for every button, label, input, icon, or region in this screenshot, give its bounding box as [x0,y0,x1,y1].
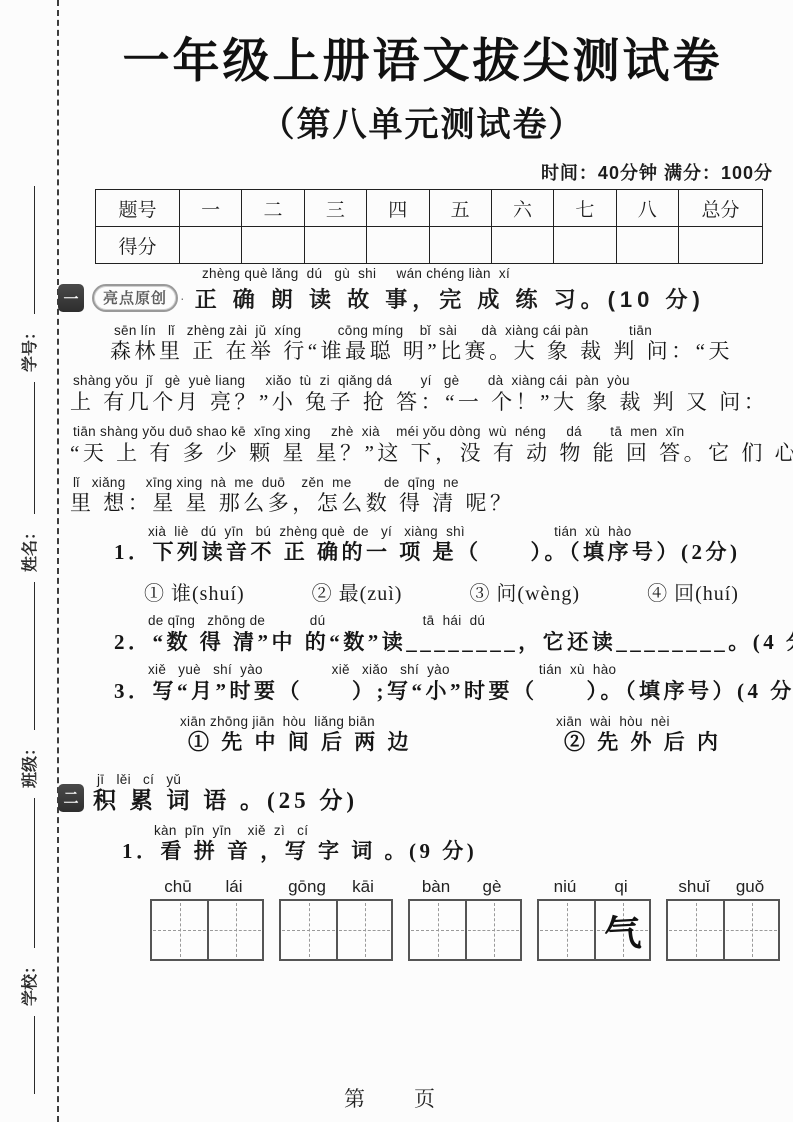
written-character [409,899,467,960]
section2-header: 二 jī lěi cí yǔ 积 累 词 语 。(25 分) [70,772,775,816]
section1-header: 一 亮点原创 · 正 确 朗 读 故 事，完 成 练 习。(10 分) [70,283,775,314]
name-blank-line[interactable] [21,582,35,730]
main-content: 一年级上册语文拔尖测试卷 （第八单元测试卷） 时间：40分钟 满分：100分 题… [70,0,775,961]
score-table-header-row: 题号 一 二 三 四 五 六 七 八 总分 [96,190,763,227]
score-cell[interactable] [304,227,366,264]
question-2: de qīng zhōng de dú tā hái dú 2．“数 得 清”中… [70,613,775,655]
word-grid-group: shuǐ guǒ [666,877,780,961]
question-1-pinyin: xià liè dú yīn bú zhèng què de yí xiàng … [148,524,775,540]
written-character [208,899,264,960]
section2-title-pinyin: jī lěi cí yǔ [97,772,358,788]
score-label-cell: 得分 [96,227,180,264]
score-table-score-row: 得分 [96,227,763,264]
grid-syllable: lái [206,877,262,897]
grid-pinyin-pair: niú qi [537,877,651,897]
story-line-pinyin: lǐ xiǎng xīng xing nà me duō zěn me de q… [73,475,775,491]
section1-title-pinyin: zhèng què lǎng dú gù shi wán chéng liàn … [202,266,775,282]
student-id-blank-line[interactable] [21,382,35,514]
question-3-pinyin: xiě yuè shí yào xiě xiǎo shí yào tián xù… [148,662,775,678]
page-title: 一年级上册语文拔尖测试卷 [70,24,775,91]
header-col-3: 三 [304,190,366,227]
stroke-order-option-1[interactable]: xiān zhōng jiān hòu liǎng biān ① 先 中 间 后… [144,714,412,756]
badge-dot: · [180,290,185,306]
choice-2[interactable]: ② 最(zuì) [312,577,403,606]
writing-cell[interactable] [336,901,391,959]
writing-cell[interactable]: 气 [594,901,649,959]
header-col-7: 七 [554,190,616,227]
story-line: shàng yǒu jǐ gè yuè liang xiǎo tù zi qiǎ… [70,373,775,415]
word-grid-group: chū lái [150,877,264,961]
section2-title: 积 累 词 语 。(25 分) [93,787,358,816]
choice-3[interactable]: ③ 问(wèng) [469,577,580,606]
option-1-pinyin: xiān zhōng jiān hòu liǎng biān [180,714,412,730]
story-line-pinyin: sēn lín lǐ zhèng zài jǔ xíng cōng míng b… [114,323,775,339]
header-question-no: 题号 [96,190,180,227]
grid-syllable: bàn [408,877,464,897]
written-character [151,899,209,960]
page-footer: 第 页 [0,1083,793,1113]
score-cell[interactable] [491,227,553,264]
section2-question-1-text: 1．看 拼 音 ，写 字 词 。(9 分) [122,838,775,864]
header-total: 总分 [679,190,763,227]
grid-syllable: gōng [279,877,335,897]
question-1-choices: ① 谁(shuí) ② 最(zuì) ③ 问(wèng) ④ 回(huí) [144,577,739,606]
story-line: sēn lín lǐ zhèng zài jǔ xíng cōng míng b… [70,323,775,365]
original-highlight-badge: 亮点原创 [92,284,178,312]
section2-question-1: kàn pīn yīn xiě zì cí 1．看 拼 音 ，写 字 词 。(9… [70,823,775,865]
writing-cell[interactable] [539,901,594,959]
story-line: tiān shàng yǒu duō shao kē xīng xing zhè… [70,424,775,466]
word-grid-group: gōng kāi [279,877,393,961]
score-cell[interactable] [554,227,616,264]
header-col-1: 一 [180,190,242,227]
score-cell[interactable] [429,227,491,264]
story-line: lǐ xiǎng xīng xing nà me duō zěn me de q… [70,475,775,517]
stroke-order-option-2[interactable]: xiān wài hòu nèi ② 先 外 后 内 [520,714,722,756]
test-paper-page: 学校： 班级： 姓名： 学号： 一年级上册语文拔尖测试卷 （第八单元测试卷） 时… [0,0,793,1122]
header-col-8: 八 [616,190,678,227]
time-score-meta: 时间：40分钟 满分：100分 [70,159,775,185]
question-2-text: 2．“数 得 清”中 的“数”读________，它还读________。(4 … [114,629,775,655]
writing-cell[interactable] [281,901,336,959]
writing-grid-row: chū lái gōng kāi [150,877,775,961]
header-col-4: 四 [367,190,429,227]
grid-syllable: kāi [335,877,391,897]
dashed-fold-line [57,0,59,1122]
grid-syllable: niú [537,877,593,897]
total-score-cell[interactable] [679,227,763,264]
writing-boxes [279,899,393,961]
section-two-marker-icon: 二 [58,784,84,812]
student-info-sidebar: 学校： 班级： 姓名： 学号： [0,0,56,1122]
score-table: 题号 一 二 三 四 五 六 七 八 总分 得分 [95,189,763,264]
grid-syllable: qi [593,877,649,897]
grid-syllable: chū [150,877,206,897]
section-one-marker-icon: 一 [58,284,84,312]
header-col-6: 六 [491,190,553,227]
word-grid-group: niú qi 气 [537,877,651,961]
writing-cell[interactable] [152,901,207,959]
written-character [667,899,725,960]
story-line-pinyin: shàng yǒu jǐ gè yuè liang xiǎo tù zi qiǎ… [73,373,775,389]
section2-question-1-pinyin: kàn pīn yīn xiě zì cí [154,823,775,839]
grid-pinyin-pair: gōng kāi [279,877,393,897]
section2-title-block: jī lěi cí yǔ 积 累 词 语 。(25 分) [93,772,358,816]
writing-cell[interactable] [410,901,465,959]
written-character-qi: 气 [595,899,651,960]
class-blank-line[interactable] [21,798,35,948]
class-label: 班级： [17,740,40,788]
writing-boxes: 气 [537,899,651,961]
writing-boxes [666,899,780,961]
choice-4[interactable]: ④ 回(huí) [647,577,739,606]
school-label: 学校： [17,958,40,1006]
grid-pinyin-pair: shuǐ guǒ [666,877,780,897]
question-2-pinyin: de qīng zhōng de dú tā hái dú [148,613,775,629]
story-line-text: 森林里 正 在举 行“谁最聪 明”比赛。大 象 裁 判 问：“天 [110,338,775,364]
question-3-text: 3．写“月”时要（ ）;写“小”时要（ ）。（填序号）(4 分) [114,678,775,704]
writing-cell[interactable] [465,901,520,959]
writing-boxes [408,899,522,961]
header-col-2: 二 [242,190,304,227]
writing-cell[interactable] [207,901,262,959]
header-col-5: 五 [429,190,491,227]
written-character [538,899,596,960]
story-line-pinyin: tiān shàng yǒu duō shao kē xīng xing zhè… [73,424,775,440]
section1-title: 正 确 朗 读 故 事，完 成 练 习。(10 分) [195,283,705,314]
question-1: xià liè dú yīn bú zhèng què de yí xiàng … [70,524,775,607]
option-2-text: ② 先 外 后 内 [564,729,722,755]
written-character [337,899,393,960]
score-cell[interactable] [616,227,678,264]
question-1-text: 1．下列读音不 正 确的一 项 是（ ）。（填序号）(2分) [114,539,775,565]
grid-syllable: gè [464,877,520,897]
score-cell[interactable] [367,227,429,264]
question-3-options: xiān zhōng jiān hòu liǎng biān ① 先 中 间 后… [70,714,775,756]
grid-syllable: guǒ [722,877,778,897]
writing-cell[interactable] [668,901,723,959]
name-label: 姓名： [17,524,40,572]
writing-boxes [150,899,264,961]
grid-syllable: shuǐ [666,877,722,897]
written-character [466,899,522,960]
story-line-text: “天 上 有 多 少 颗 星 星？”这 下，没 有 动 物 能 回 答。它 们 … [70,440,775,466]
page-subtitle: （第八单元测试卷） [70,97,775,146]
option-1-text: ① 先 中 间 后 两 边 [188,729,412,755]
story-line-text: 上 有几个月 亮？”小 兔子 抢 答：“一 个！”大 象 裁 判 又 问： [70,389,775,415]
top-blank-line[interactable] [21,186,35,314]
student-id-label: 学号： [17,324,40,372]
score-cell[interactable] [242,227,304,264]
choice-1[interactable]: ① 谁(shuí) [144,577,245,606]
option-2-pinyin: xiān wài hòu nèi [556,714,722,730]
grid-pinyin-pair: chū lái [150,877,264,897]
grid-pinyin-pair: bàn gè [408,877,522,897]
writing-cell[interactable] [723,901,778,959]
written-character [724,899,780,960]
written-character [280,899,338,960]
score-cell[interactable] [180,227,242,264]
question-3: xiě yuè shí yào xiě xiǎo shí yào tián xù… [70,662,775,756]
word-grid-group: bàn gè [408,877,522,961]
story-line-text: 里 想：星 星 那么多，怎么数 得 清 呢？ [70,490,775,516]
